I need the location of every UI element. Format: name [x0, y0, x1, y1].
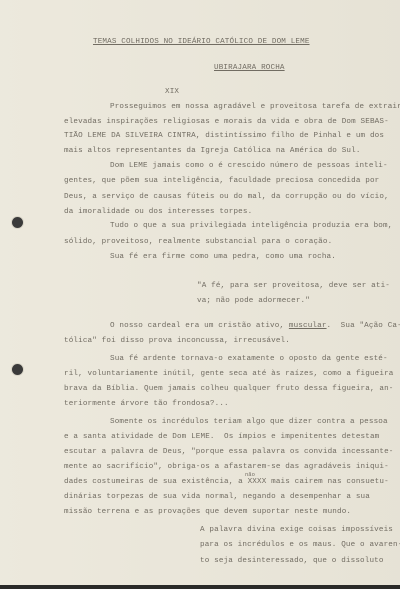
text-line: TIÃO LEME DA SILVEIRA CINTRA, distintíss…	[64, 131, 384, 141]
punch-hole-bottom	[12, 364, 23, 375]
text-line: gentes, que põem sua inteligência, facul…	[64, 176, 379, 186]
text-line: A palavra divina exige coisas impossívei…	[200, 525, 393, 535]
text-line: Sua fé era firme como uma pedra, como um…	[110, 252, 336, 262]
typewritten-page: TEMAS COLHIDOS NO IDEÁRIO CATÓLICO DE DO…	[0, 0, 400, 585]
punch-hole-top	[12, 217, 23, 228]
underlined-word: muscular	[289, 322, 327, 330]
author-name: UBIRAJARA ROCHA	[214, 63, 285, 73]
text-line: brava da Bíblia. Quem jamais colheu qual…	[64, 384, 394, 394]
text-line: Sua fé ardente tornava-o exatamente o op…	[110, 354, 388, 364]
text-line: teriormente árvore tão frondosa?...	[64, 399, 229, 409]
quote-line: va; não pode adormecer."	[197, 296, 310, 306]
text-line: elevadas inspirações religiosas e morais…	[64, 117, 389, 127]
text-line: tólica" foi disso prova inconcussa, irre…	[64, 336, 290, 346]
text-line: Deus, a serviço de causas fúteis ou do m…	[64, 192, 389, 202]
text-line: mente ao sacrifício", obriga-os a afasta…	[64, 462, 389, 472]
text-line: missão terrena e as provações que devem …	[64, 507, 351, 517]
text-line: O nosso cardeal era um cristão ativo, mu…	[110, 321, 400, 331]
text-line: Prosseguimos em nossa agradável e provei…	[110, 102, 400, 112]
text-line: da imoralidade ou dos interesses torpes.	[64, 207, 252, 217]
text-line: para os incrédulos e os maus. Que o avar…	[200, 540, 400, 550]
text-line: dades costumeiras de sua existência, a X…	[64, 477, 389, 487]
text-line: dinárias torpezas de sua vida normal, ne…	[64, 492, 370, 502]
document-title: TEMAS COLHIDOS NO IDEÁRIO CATÓLICO DE DO…	[93, 37, 310, 47]
text-line: sólido, proveitoso, realmente substancia…	[64, 237, 332, 247]
text-line: Dom LEME jamais como o é crescido número…	[110, 161, 388, 171]
text-line: e a santa atividade de Dom LEME. Os ímpi…	[64, 432, 379, 442]
text-line: mais altos representantes da Igreja Cató…	[64, 146, 361, 156]
text-line: Somente os incrédulos teriam algo que di…	[110, 417, 388, 427]
text-line: escutar a palavra de Deus, "porque essa …	[64, 447, 394, 457]
text-segment: O nosso cardeal era um cristão ativo,	[110, 322, 289, 330]
text-line: to seja desinteressado, que o dissoluto	[200, 556, 384, 566]
quote-line: "A fé, para ser proveitosa, deve ser ati…	[197, 281, 390, 291]
text-line: ril, voluntariamente inútil, gente seca …	[64, 369, 394, 379]
text-segment: . Sua "Ação Ca-	[327, 322, 400, 330]
chapter-number: XIX	[165, 87, 179, 97]
text-line: Tudo o que a sua privilegiada inteligênc…	[110, 221, 392, 231]
